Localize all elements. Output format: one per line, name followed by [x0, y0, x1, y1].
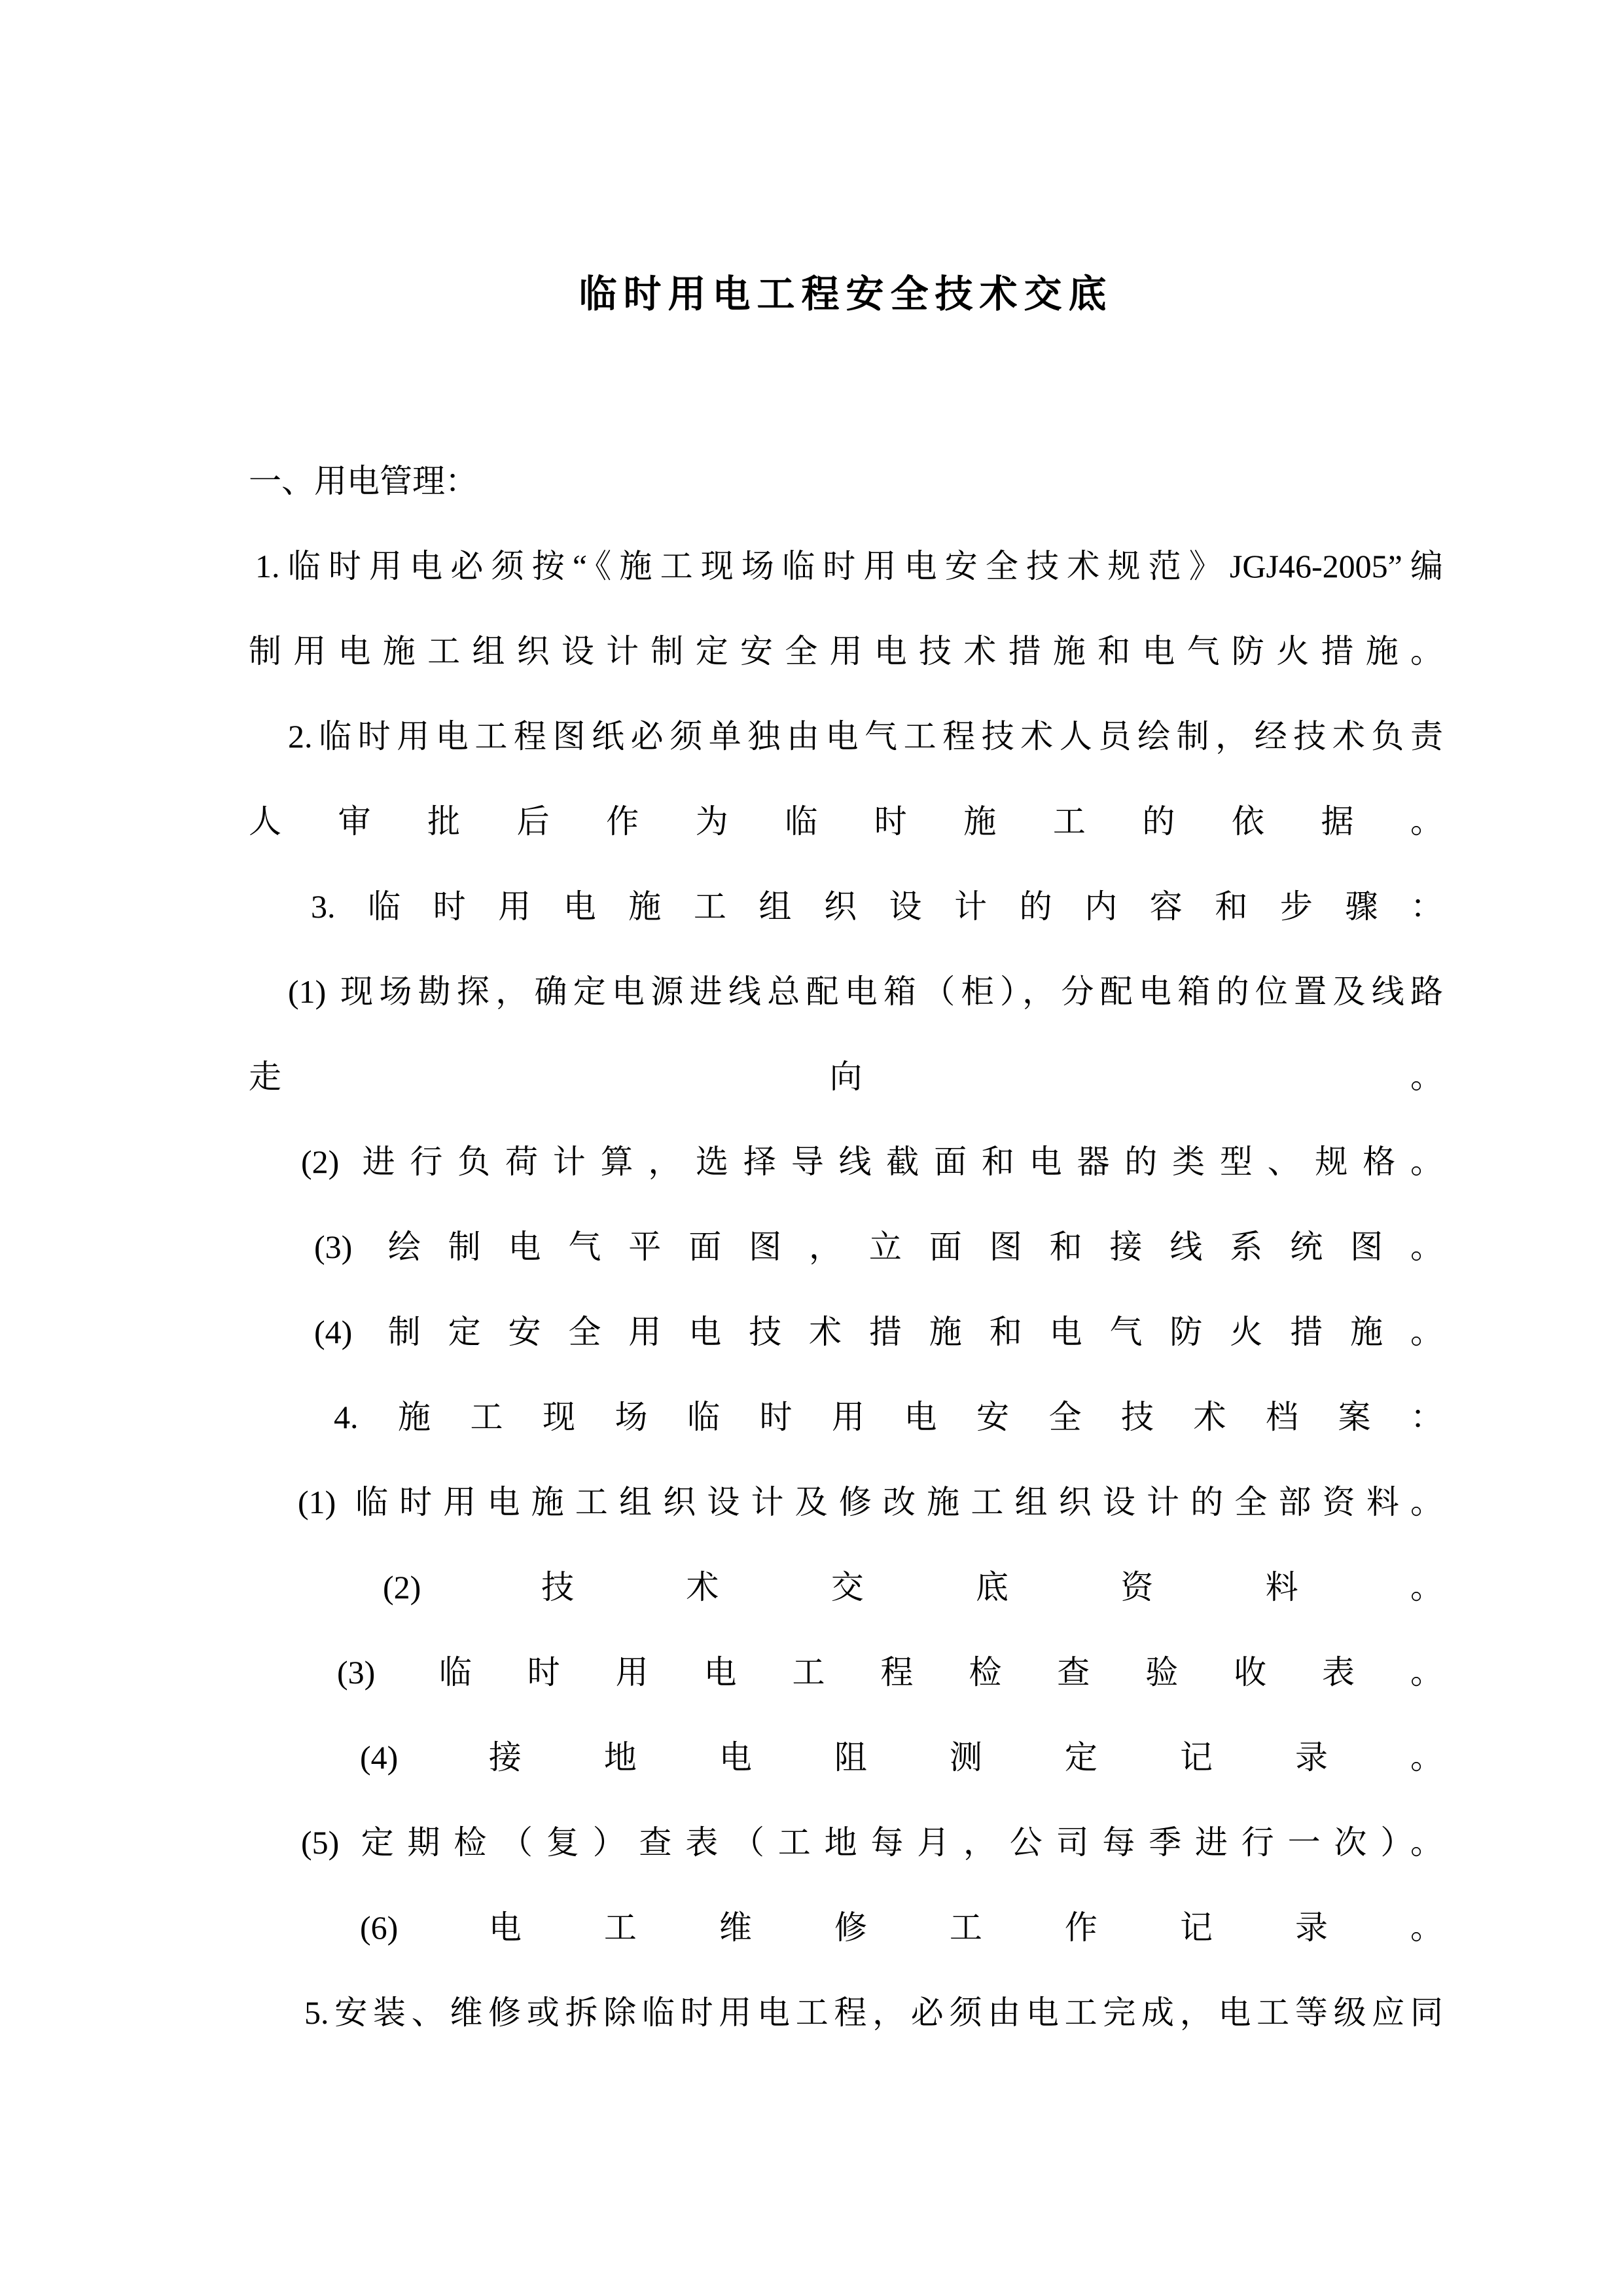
- para-5-line-1: 5.安装、维修或拆除临时用电工程，必须由电工完成，电工等级应同: [249, 1970, 1443, 2055]
- item-3-4: (4) 制定安全用电技术措施和电气防火措施。: [249, 1289, 1443, 1374]
- item-3-2: (2) 进行负荷计算，选择导线截面和电器的类型、规格。: [249, 1119, 1443, 1204]
- para-1-line-2: 制用电施工组织设计制定安全用电技术措施和电气防火措施。: [249, 609, 1443, 694]
- item-4-1: (1) 临时用电施工组织设计及修改施工组织设计的全部资料。: [249, 1460, 1443, 1545]
- item-3-1-line-1: (1) 现场勘探，确定电源进线总配电箱（柜），分配电箱的位置及线路: [249, 949, 1443, 1034]
- item-4-5: (5) 定期检（复）查表（工地每月，公司每季进行一次）。: [249, 1800, 1443, 1885]
- para-3-heading: 3.临时用电施工组织设计的内容和步骤：: [249, 864, 1443, 949]
- para-1-line-1: 1.临时用电必须按“《施工现场临时用电安全技术规范》JGJ46-2005”编: [249, 524, 1443, 609]
- heading-1: 一、用电管理：: [249, 439, 1443, 524]
- item-4-3: (3) 临时用电工程检查验收表。: [249, 1630, 1443, 1715]
- item-4-2: (2) 技术交底资料。: [249, 1545, 1443, 1630]
- para-2-line-2: 人审批后作为临时施工的依据。: [249, 779, 1443, 864]
- item-3-1-line-2: 走向。: [249, 1034, 1443, 1119]
- para-4-heading: 4.施工现场临时用电安全技术档案：: [249, 1374, 1443, 1460]
- document-page: 临时用电工程安全技术交底 一、用电管理： 1.临时用电必须按“《施工现场临时用电…: [0, 0, 1623, 2296]
- para-2-line-1: 2.临时用电工程图纸必须单独由电气工程技术人员绘制，经技术负责: [249, 694, 1443, 779]
- item-4-6: (6) 电工维修工作记录。: [249, 1885, 1443, 1970]
- item-4-4: (4) 接地电阻测定记录。: [249, 1715, 1443, 1800]
- item-3-3: (3) 绘制电气平面图，立面图和接线系统图。: [249, 1204, 1443, 1289]
- document-body: 一、用电管理： 1.临时用电必须按“《施工现场临时用电安全技术规范》JGJ46-…: [249, 439, 1443, 2055]
- document-title: 临时用电工程安全技术交底: [249, 252, 1443, 337]
